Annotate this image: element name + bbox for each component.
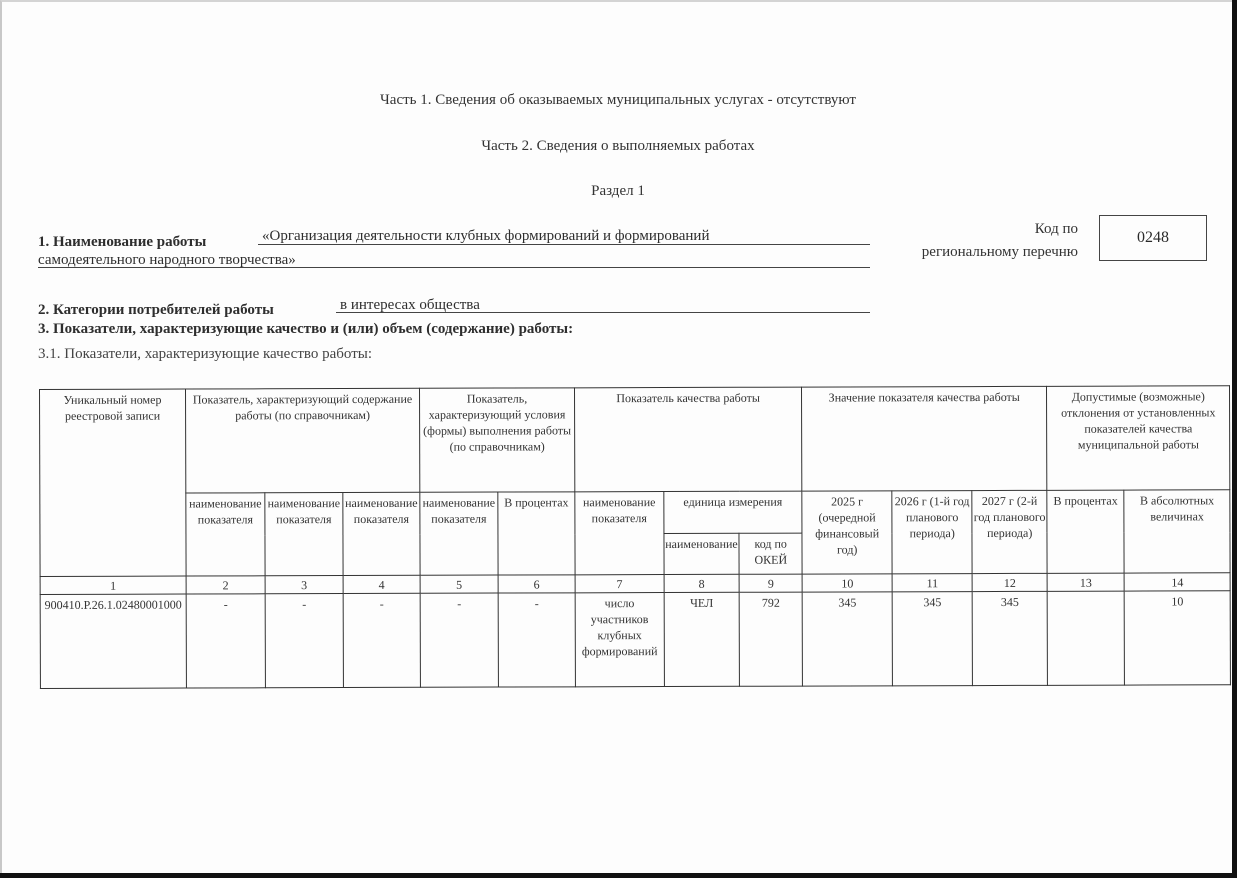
header-allowed-deviation: Допустимые (возможные) отклонения от уст…: [1047, 386, 1230, 491]
scan-edge-bottom: [0, 873, 1237, 878]
quality-heading: 3.1. Показатели, характеризующие качеств…: [38, 346, 372, 363]
header-content-indicator: Показатель, характеризующий содержание р…: [186, 388, 420, 493]
col-num: 13: [1047, 573, 1124, 591]
regional-list-code-label: Код по региональному перечню: [882, 218, 1078, 264]
subheader-c3: наименование показателя: [265, 493, 343, 576]
cell-c11: 345: [892, 592, 972, 686]
col-num: 11: [892, 574, 972, 592]
subheader-c2: наименование показателя: [186, 493, 265, 576]
cell-c3: -: [265, 594, 343, 688]
header-quality-indicator: Показатель качества работы: [574, 387, 802, 492]
col-num: 6: [498, 575, 575, 593]
cell-c5: -: [420, 593, 498, 687]
work-name-label: 1. Наименование работы: [38, 234, 206, 251]
code-label-line1: Код по: [882, 218, 1078, 241]
col-num: 8: [664, 574, 740, 592]
part1-heading: Часть 1. Сведения об оказываемых муницип…: [2, 92, 1234, 109]
header-conditions-indicator: Показатель, характеризующий условия (фор…: [419, 388, 574, 492]
cell-registry: 900410.Р.26.1.02480001000: [40, 594, 186, 688]
col-num: 5: [420, 575, 498, 593]
cell-c14: 10: [1124, 591, 1230, 685]
cell-c9: 792: [739, 592, 802, 686]
scan-edge-right: [1232, 0, 1237, 878]
regional-list-code-box: 0248: [1099, 215, 1207, 261]
subheader-c7: наименование показателя: [575, 492, 664, 575]
underline: [258, 244, 870, 245]
col-num: 2: [186, 576, 265, 594]
cell-c12: 345: [972, 591, 1047, 685]
subheader-c6: В процентах: [498, 492, 575, 575]
subheader-c14: В абсолютных величинах: [1124, 490, 1230, 573]
cell-c7: число участников клубных формирований: [575, 593, 664, 687]
consumers-label: 2. Категории потребителей работы: [38, 302, 274, 319]
cell-c4: -: [343, 593, 420, 687]
subheader-c12: 2027 г (2-й год планового периода): [972, 490, 1047, 573]
col-num: 1: [40, 576, 186, 594]
quality-indicators-table: Уникальный номер реестровой записи Показ…: [39, 385, 1231, 689]
table-row: 900410.Р.26.1.02480001000 - - - - - числ…: [40, 591, 1231, 689]
subheader-c10: 2025 г (очередной финансовый год): [802, 491, 892, 574]
header-registry-number: Уникальный номер реестровой записи: [40, 389, 187, 576]
cell-c8: ЧЕЛ: [664, 592, 740, 686]
underline: [336, 312, 870, 313]
cell-c10: 345: [802, 592, 892, 686]
subheader-c8: наименование: [664, 533, 740, 574]
col-num: 10: [802, 574, 892, 592]
subheader-c4: наименование показателя: [343, 492, 420, 575]
col-num: 7: [575, 575, 664, 593]
cell-c6: -: [498, 593, 575, 687]
col-num: 12: [972, 573, 1047, 591]
subheader-unit: единица измерения: [664, 491, 803, 533]
underline: [38, 267, 870, 268]
col-num: 3: [265, 576, 343, 594]
subheader-c5: наименование показателя: [420, 492, 498, 575]
col-num: 9: [739, 574, 802, 592]
col-num: 4: [343, 575, 420, 593]
code-label-line2: региональному перечню: [882, 241, 1078, 264]
cell-c13: [1047, 591, 1124, 685]
section-heading: Раздел 1: [2, 183, 1234, 200]
header-quality-value: Значение показателя качества работы: [802, 386, 1047, 491]
document-page: Часть 1. Сведения об оказываемых муницип…: [0, 0, 1232, 873]
indicators-heading: 3. Показатели, характеризующие качество …: [38, 321, 573, 338]
subheader-c9: код по ОКЕЙ: [739, 533, 802, 574]
cell-c2: -: [186, 594, 265, 688]
col-num: 14: [1124, 573, 1230, 591]
subheader-c13: В процентах: [1047, 490, 1124, 573]
work-name-value-line1: «Организация деятельности клубных формир…: [262, 228, 709, 245]
part2-heading: Часть 2. Сведения о выполняемых работах: [2, 138, 1234, 155]
subheader-c11: 2026 г (1-й год планового периода): [892, 491, 972, 574]
